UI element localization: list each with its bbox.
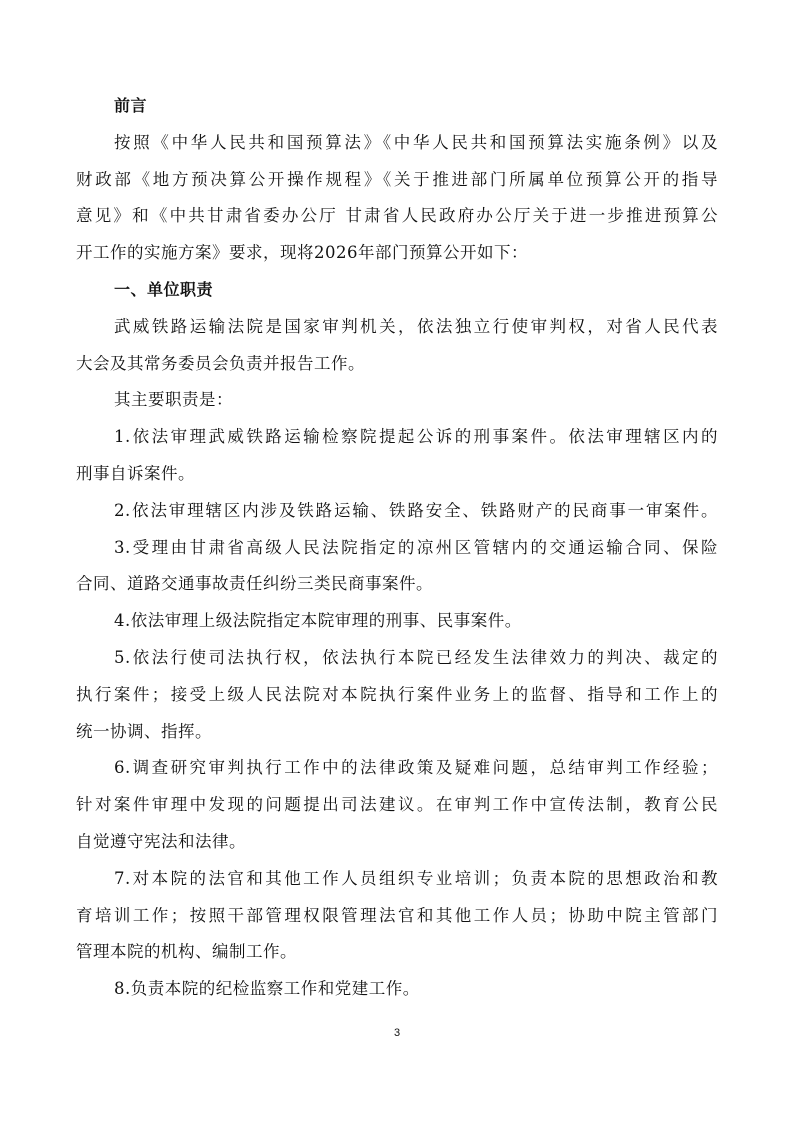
duty-line: 自觉遵守宪法和法律。 — [76, 824, 718, 861]
document-page: 前言 按照《中华人民共和国预算法》《中华人民共和国预算法实施条例》以及 财政部《… — [76, 88, 718, 1008]
preface-line: 意见》和《中共甘肃省委办公厅 甘肃省人民政府办公厅关于进一步推进预算公 — [76, 198, 718, 235]
duty-line: 5.依法行使司法执行权，依法执行本院已经发生法律效力的判决、裁定的 — [76, 640, 718, 677]
intro-line: 大会及其常务委员会负责并报告工作。 — [76, 346, 718, 383]
page-number: 3 — [0, 1027, 794, 1039]
duty-line: 刑事自诉案件。 — [76, 456, 718, 493]
duty-line: 1.依法审理武威铁路运输检察院提起公诉的刑事案件。依法审理辖区内的 — [76, 419, 718, 456]
duty-line: 育培训工作；按照干部管理权限管理法官和其他工作人员；协助中院主管部门 — [76, 898, 718, 935]
intro-line: 武威铁路运输法院是国家审判机关，依法独立行使审判权，对省人民代表 — [76, 309, 718, 346]
duty-line: 执行案件；接受上级人民法院对本院执行案件业务上的监督、指导和工作上的 — [76, 677, 718, 714]
duty-line: 7.对本院的法官和其他工作人员组织专业培训；负责本院的思想政治和教 — [76, 861, 718, 898]
duty-line: 针对案件审理中发现的问题提出司法建议。在审判工作中宣传法制，教育公民 — [76, 787, 718, 824]
duty-line: 3.受理由甘肃省高级人民法院指定的凉州区管辖内的交通运输合同、保险 — [76, 530, 718, 567]
preface-line: 按照《中华人民共和国预算法》《中华人民共和国预算法实施条例》以及 — [76, 125, 718, 162]
duty-line: 4.依法审理上级法院指定本院审理的刑事、民事案件。 — [76, 603, 718, 640]
section-title: 一、单位职责 — [76, 272, 718, 309]
preface-line: 开工作的实施方案》要求，现将2026年部门预算公开如下： — [76, 235, 718, 272]
duty-line: 统一协调、指挥。 — [76, 714, 718, 751]
duty-line: 8.负责本院的纪检监察工作和党建工作。 — [76, 971, 718, 1008]
preface-title: 前言 — [76, 88, 718, 125]
duty-line: 管理本院的机构、编制工作。 — [76, 934, 718, 971]
preface-line: 财政部《地方预决算公开操作规程》《关于推进部门所属单位预算公开的指导 — [76, 162, 718, 199]
duty-line: 2.依法审理辖区内涉及铁路运输、铁路安全、铁路财产的民商事一审案件。 — [76, 493, 718, 530]
duty-line: 6.调查研究审判执行工作中的法律政策及疑难问题，总结审判工作经验； — [76, 750, 718, 787]
duty-line: 合同、道路交通事故责任纠纷三类民商事案件。 — [76, 566, 718, 603]
duties-lead: 其主要职责是： — [76, 382, 718, 419]
